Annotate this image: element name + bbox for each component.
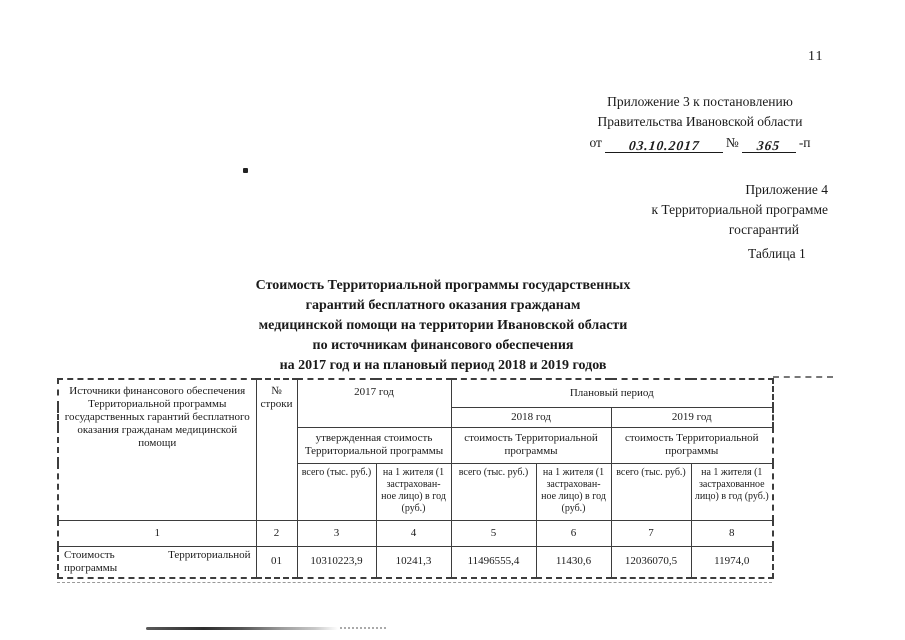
value-total-2019: 12036070,5 xyxy=(611,546,691,578)
header-row-top: Источники финансового обеспечения Террит… xyxy=(58,379,773,407)
decree-from-label: от xyxy=(589,135,601,150)
title-line-4: по источникам финансового обеспечения xyxy=(80,336,806,356)
th-approved-cost-2017: утвержденная стоимость Территориальной п… xyxy=(297,427,451,463)
value-per-capita-2018: 11430,6 xyxy=(536,546,611,578)
decree-stamp-line1: Приложение 3 к постановлению xyxy=(569,92,831,112)
appendix-stamp-line3: госгарантий xyxy=(588,220,828,240)
title-line-5: на 2017 год и на плановый период 2018 и … xyxy=(80,356,806,376)
value-total-2017: 10310223,9 xyxy=(297,546,376,578)
appendix-reference-stamp: Приложение 4 к Территориальной программе… xyxy=(588,180,828,240)
scan-artifact-smudge-line xyxy=(146,627,338,630)
th-total-2019: всего (тыс. руб.) xyxy=(611,463,691,520)
decree-number-suffix: -п xyxy=(799,135,811,150)
scan-artifact-smudge-dots xyxy=(340,627,386,629)
th-row-number: № строки xyxy=(256,379,297,520)
table-row: Стоимость Территориальной программы 01 1… xyxy=(58,546,773,578)
cost-table-container: Источники финансового обеспечения Террит… xyxy=(57,378,774,579)
scan-artifact-ink-speck xyxy=(243,168,248,173)
scan-artifact-top-dashes xyxy=(773,376,833,378)
col-number-7: 7 xyxy=(611,520,691,546)
decree-number-label: № xyxy=(726,135,739,150)
col-number-4: 4 xyxy=(376,520,451,546)
th-cost-2018: стоимость Территориальной программы xyxy=(451,427,611,463)
th-year-2019: 2019 год xyxy=(611,407,773,427)
th-total-2017: всего (тыс. руб.) xyxy=(297,463,376,520)
value-total-2018: 11496555,4 xyxy=(451,546,536,578)
cost-table: Источники финансового обеспечения Террит… xyxy=(57,378,774,579)
row-label-cell: Стоимость Территориальной программы xyxy=(58,546,256,578)
col-number-5: 5 xyxy=(451,520,536,546)
page-number: 11 xyxy=(808,49,823,65)
th-funding-sources: Источники финансового обеспечения Террит… xyxy=(58,379,256,520)
col-number-1: 1 xyxy=(58,520,256,546)
decree-date-line: от03.10.2017№365-п xyxy=(569,133,831,153)
col-number-2: 2 xyxy=(256,520,297,546)
handwritten-number: 365 xyxy=(756,136,781,156)
col-number-3: 3 xyxy=(297,520,376,546)
th-year-2017: 2017 год xyxy=(297,379,451,427)
th-cost-2019: стоимость Территориальной программы xyxy=(611,427,773,463)
scan-artifact-bottom-dashes xyxy=(57,582,772,583)
value-per-capita-2017: 10241,3 xyxy=(376,546,451,578)
row-number-cell: 01 xyxy=(256,546,297,578)
decree-stamp-line2: Правительства Ивановской области xyxy=(569,112,831,132)
decree-date-underline: 03.10.2017 xyxy=(605,135,723,153)
decree-reference-stamp: Приложение 3 к постановлению Правительст… xyxy=(569,92,831,153)
scanned-document-page: 11 Приложение 3 к постановлению Правител… xyxy=(0,0,905,640)
appendix-stamp-line1: Приложение 4 xyxy=(588,180,828,200)
document-title: Стоимость Территориальной программы госу… xyxy=(80,276,806,376)
col-number-6: 6 xyxy=(536,520,611,546)
column-numbering-row: 1 2 3 4 5 6 7 8 xyxy=(58,520,773,546)
th-year-2018: 2018 год xyxy=(451,407,611,427)
handwritten-date: 03.10.2017 xyxy=(627,136,700,156)
title-line-3: медицинской помощи на территории Ивановс… xyxy=(80,316,806,336)
value-per-capita-2019: 11974,0 xyxy=(691,546,773,578)
th-total-2018: всего (тыс. руб.) xyxy=(451,463,536,520)
appendix-stamp-line2: к Территориальной программе xyxy=(588,200,828,220)
th-per-capita-2019: на 1 жителя (1 застрахованное лицо) в го… xyxy=(691,463,773,520)
title-line-2: гарантий бесплатного оказания гражданам xyxy=(80,296,806,316)
title-line-1: Стоимость Территориальной программы госу… xyxy=(80,276,806,296)
th-per-capita-2018: на 1 жителя (1 застрахован-ное лицо) в г… xyxy=(536,463,611,520)
table-caption: Таблица 1 xyxy=(748,246,806,262)
th-plan-period: Плановый период xyxy=(451,379,773,407)
decree-number-underline: 365 xyxy=(742,135,796,153)
th-per-capita-2017: на 1 жителя (1 застрахован-ное лицо) в г… xyxy=(376,463,451,520)
col-number-8: 8 xyxy=(691,520,773,546)
